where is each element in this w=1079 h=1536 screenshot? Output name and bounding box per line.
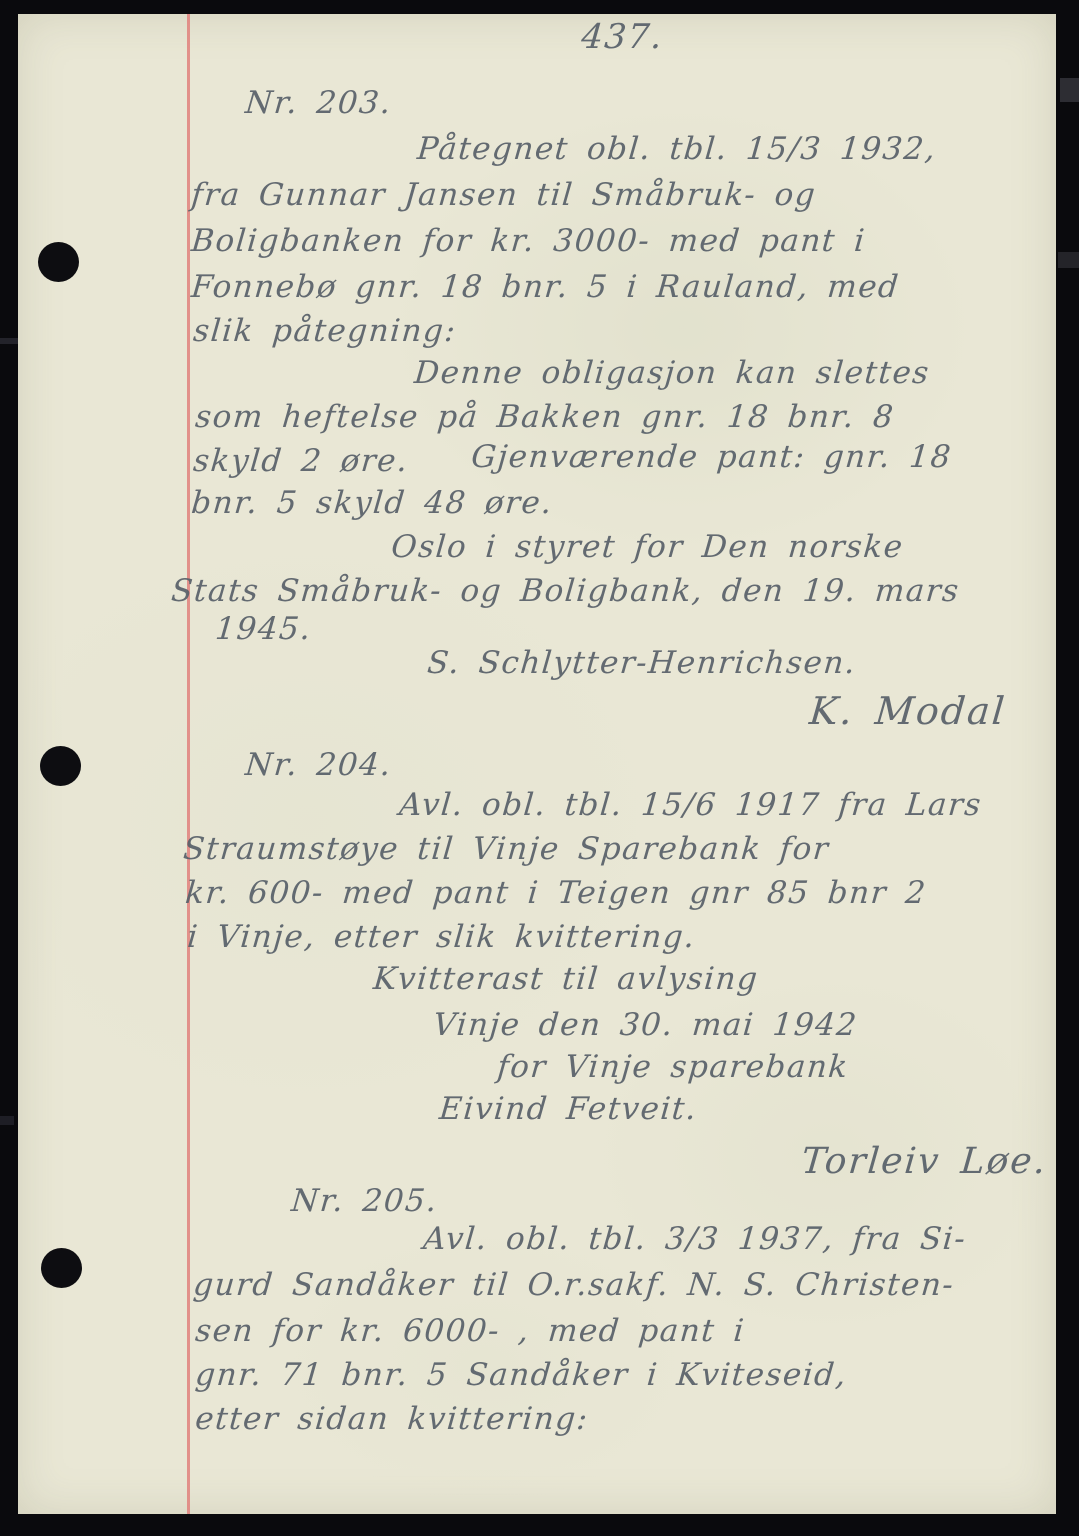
entry-203-line: bnr. 5 skyld 48 øre. xyxy=(190,488,554,519)
entry-203-line: Påtegnet obl. tbl. 15/3 1932, xyxy=(416,134,938,165)
entry-205-heading: Nr. 205. xyxy=(290,1186,439,1217)
entry-204-line: Kvitterast til avlysing xyxy=(372,964,760,995)
entry-204-line: kr. 600- med pant i Teigen gnr 85 bnr 2 xyxy=(184,878,928,909)
scan-artifact xyxy=(0,1116,14,1125)
entry-205-line: sen for kr. 6000- , med pant i xyxy=(194,1316,746,1347)
entry-203-line: Boligbanken for kr. 3000- med pant i xyxy=(190,226,867,257)
entry-204-line: Avl. obl. tbl. 15/6 1917 fra Lars xyxy=(398,790,983,821)
entry-203-line: slik påtegning: xyxy=(192,316,458,347)
entry-203-heading: Nr. 203. xyxy=(244,88,393,119)
entry-204-line: Straumstøye til Vinje Sparebank for xyxy=(182,834,831,865)
scanned-register-page: { "page": { "number": "437." }, "colors"… xyxy=(0,0,1079,1536)
scan-artifact xyxy=(1058,252,1079,268)
entry-203-line: Gjenværende pant: gnr. 18 xyxy=(470,442,953,473)
entry-203-line: Fonnebø gnr. 18 bnr. 5 i Rauland, med xyxy=(190,272,901,303)
entry-205-line: gnr. 71 bnr. 5 Sandåker i Kviteseid, xyxy=(194,1360,848,1391)
scan-artifact xyxy=(0,338,18,344)
document-page: 437. Nr. 203. Påtegnet obl. tbl. 15/3 19… xyxy=(18,14,1056,1514)
entry-203-line: Denne obligasjon kan slettes xyxy=(413,358,931,389)
punch-hole xyxy=(38,242,79,282)
entry-203-line: som heftelse på Bakken gnr. 18 bnr. 8 xyxy=(194,402,896,433)
entry-204-line: Vinje den 30. mai 1942 xyxy=(432,1010,859,1041)
entry-203-signature: S. Schlytter-Henrichsen. xyxy=(426,648,858,679)
scan-artifact xyxy=(1060,78,1079,102)
entry-204-heading: Nr. 204. xyxy=(244,750,393,781)
entry-203-line: skyld 2 øre. xyxy=(192,446,410,477)
entry-204-signature: Eivind Fetveit. xyxy=(438,1094,699,1125)
entry-203-line: 1945. xyxy=(214,614,313,645)
entry-203-signature: K. Modal xyxy=(808,692,1008,730)
entry-205-line: gurd Sandåker til O.r.sakf. N. S. Christ… xyxy=(192,1270,956,1301)
punch-hole xyxy=(41,1248,82,1288)
entry-203-line: Oslo i styret for Den norske xyxy=(390,532,905,563)
entry-205-line: Avl. obl. tbl. 3/3 1937, fra Si- xyxy=(422,1224,968,1255)
entry-204-line: i Vinje, etter slik kvittering. xyxy=(186,922,697,953)
entry-203-line: fra Gunnar Jansen til Småbruk- og xyxy=(190,180,818,211)
entry-205-line: etter sidan kvittering: xyxy=(194,1404,590,1435)
entry-203-line: Stats Småbruk- og Boligbank, den 19. mar… xyxy=(170,576,961,607)
margin-line xyxy=(187,14,190,1514)
entry-204-signature: Torleiv Løe. xyxy=(800,1144,1049,1180)
punch-hole xyxy=(40,746,81,786)
entry-204-line: for Vinje sparebank xyxy=(496,1052,850,1083)
page-number: 437. xyxy=(580,20,665,54)
